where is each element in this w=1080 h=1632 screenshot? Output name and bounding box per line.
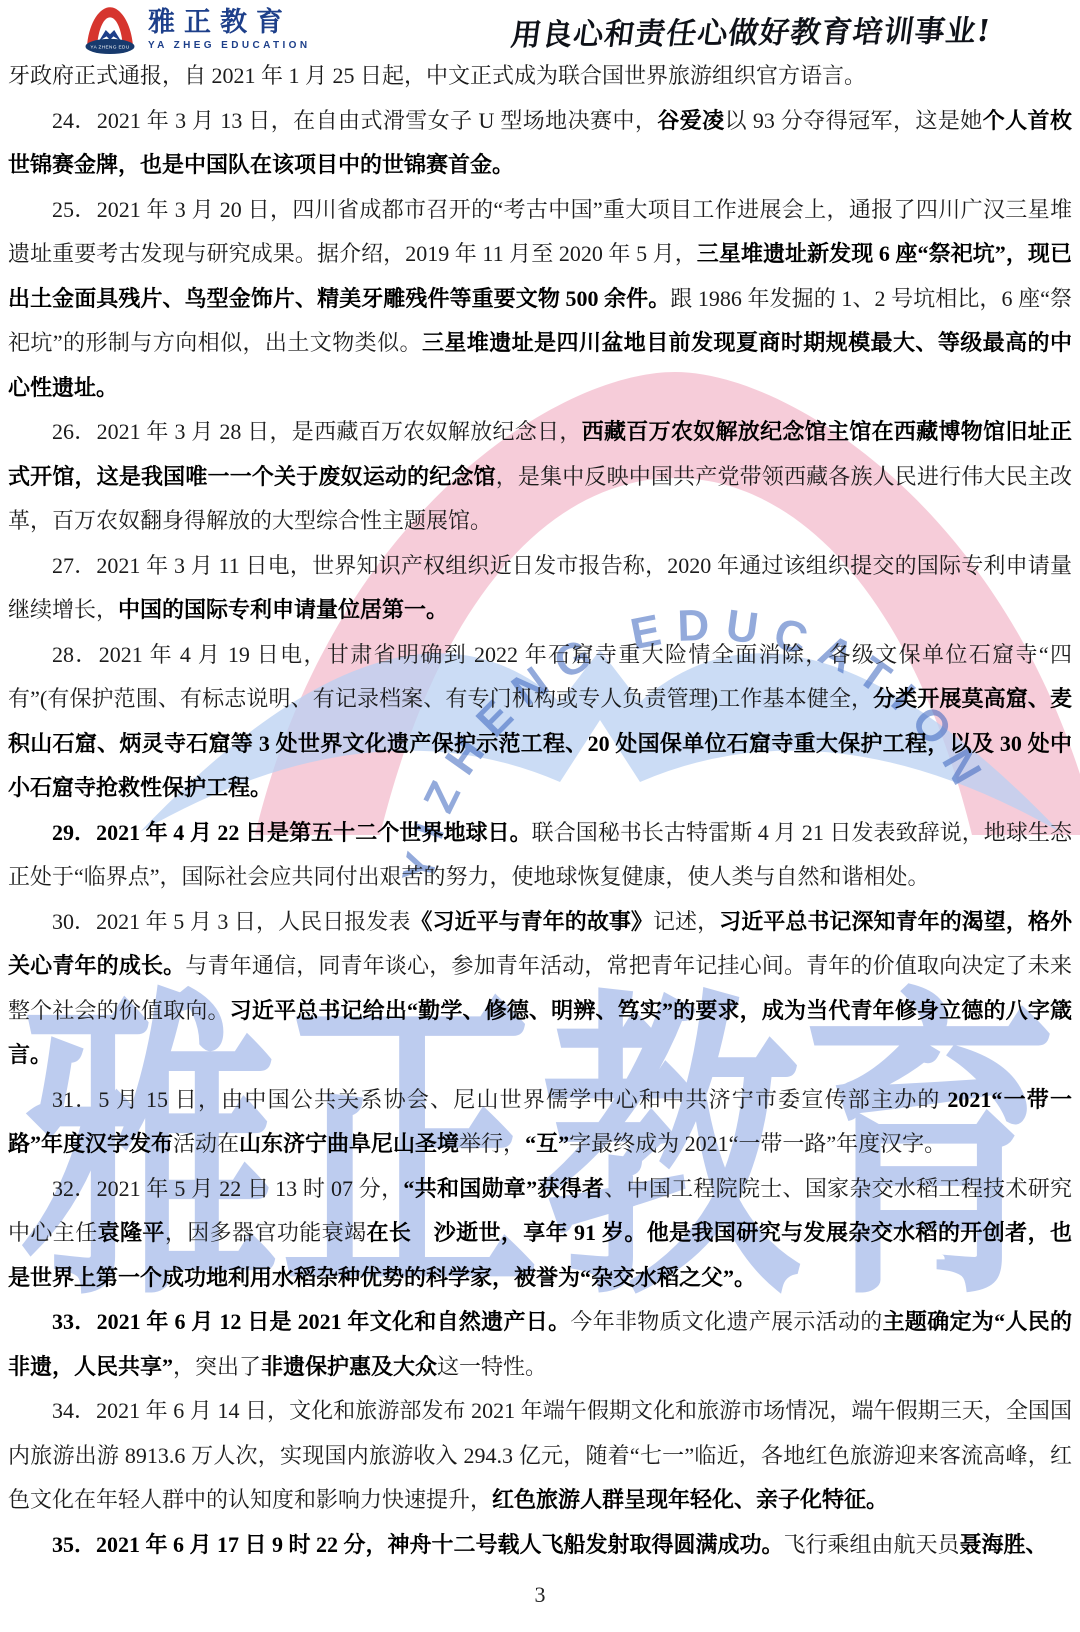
text-run: 记述， [653, 909, 719, 934]
text-run-bold: 2021 年 6 月 12 日是 2021 年文化和自然遗产日。 [97, 1309, 571, 1334]
text-run-bold: 33． [52, 1309, 97, 1334]
text-run: ，突出了 [173, 1354, 261, 1379]
text-run: 今年非物质文化遗产展示活动的 [570, 1309, 882, 1334]
mountain-logo-icon: YA ZHENG EDU [83, 3, 137, 57]
text-run-bold: 《习近平与青年的故事》 [410, 909, 653, 934]
text-run-bold: 红色旅游人群呈现年轻化、亲子化特征。 [492, 1487, 888, 1512]
text-run: 30．2021 年 5 月 3 日，人民日报发表 [52, 909, 410, 934]
text-run: ，因多器官功能衰竭 [165, 1220, 367, 1245]
paragraph: 32．2021 年 5 月 22 日 13 时 07 分，“共和国勋章”获得者、… [8, 1167, 1072, 1301]
paragraph: 33．2021 年 6 月 12 日是 2021 年文化和自然遗产日。今年非物质… [8, 1300, 1072, 1389]
text-run: 32．2021 年 5 月 22 日 13 时 07 分， [52, 1176, 403, 1201]
text-run-bold: 2021 年 4 月 22 日是第五十二个世界地球日。 [96, 820, 532, 845]
paragraph: 牙政府正式通报，自 2021 年 1 月 25 日起，中文正式成为联合国世界旅游… [8, 54, 1072, 99]
logo-badge-text: YA ZHENG EDU [90, 45, 129, 50]
text-run: 牙政府正式通报，自 2021 年 1 月 25 日起，中文正式成为联合国世界旅游… [8, 63, 866, 88]
text-run-bold: 山东济宁曲阜尼山圣境 [239, 1131, 459, 1156]
text-run: 字最终成为 2021“一带一路”年度汉字。 [569, 1131, 946, 1156]
page-number: 3 [0, 1582, 1080, 1608]
header: YA ZHENG EDU 雅正教育 YA ZHEG EDUCATION 用良心和… [0, 0, 1080, 60]
body-text: 牙政府正式通报，自 2021 年 1 月 25 日起，中文正式成为联合国世界旅游… [8, 54, 1072, 1567]
text-run-bold: 35．2021 年 6 月 17 日 9 时 22 分，神舟十二号载人飞船发射取… [52, 1532, 784, 1557]
text-run-bold: “共和国勋章”获得者 [403, 1176, 604, 1201]
text-run: 26．2021 年 3 月 28 日，是西藏百万农奴解放纪念日， [52, 419, 582, 444]
paragraph: 24．2021 年 3 月 13 日，在自由式滑雪女子 U 型场地决赛中，谷爱凌… [8, 99, 1072, 188]
text-run: 以 93 分夺得冠军，这是她 [725, 108, 983, 133]
paragraph: 31．5 月 15 日，由中国公共关系协会、尼山世界儒学中心和中共济宁市委宣传部… [8, 1078, 1072, 1167]
text-run-bold: 谷爱凌 [657, 108, 724, 133]
text-run-bold: 29． [52, 820, 96, 845]
text-run: 飞行乘组由航天员 [784, 1532, 960, 1557]
brand-wordmark: 雅正教育 YA ZHEG EDUCATION [148, 3, 310, 51]
brand-name-cn: 雅正教育 [148, 7, 310, 37]
text-run-bold: 中国的国际专利申请量位居第一。 [118, 597, 448, 622]
brand-name-en: YA ZHEG EDUCATION [148, 40, 310, 51]
paragraph: 35．2021 年 6 月 17 日 9 时 22 分，神舟十二号载人飞船发射取… [8, 1523, 1072, 1568]
text-run-bold: 非遗保护惠及大众 [261, 1354, 437, 1379]
text-run-bold: 聂海胜、 [960, 1532, 1048, 1557]
text-run-bold: 袁隆平 [98, 1220, 165, 1245]
paragraph: 30．2021 年 5 月 3 日，人民日报发表《习近平与青年的故事》记述，习近… [8, 900, 1072, 1078]
brand-logo: YA ZHENG EDU 雅正教育 YA ZHEG EDUCATION [83, 3, 310, 57]
paragraph: 28．2021 年 4 月 19 日电，甘肃省明确到 2022 年石窟寺重大险情… [8, 633, 1072, 811]
paragraph: 34．2021 年 6 月 14 日，文化和旅游部发布 2021 年端午假期文化… [8, 1389, 1072, 1523]
paragraph: 26．2021 年 3 月 28 日，是西藏百万农奴解放纪念日，西藏百万农奴解放… [8, 410, 1072, 544]
paragraph: 29．2021 年 4 月 22 日是第五十二个世界地球日。联合国秘书长古特雷斯… [8, 811, 1072, 900]
text-run: 举行， [459, 1131, 525, 1156]
document-page: YIZHENG EDUCATION 雅正教育 YA ZHENG EDU 雅正教育… [0, 0, 1080, 1632]
text-run: 活动在 [173, 1131, 239, 1156]
header-slogan: 用良心和责任心做好教育培训事业! [509, 6, 995, 54]
paragraph: 25．2021 年 3 月 20 日，四川省成都市召开的“考古中国”重大项目工作… [8, 188, 1072, 411]
text-run-bold: “互” [525, 1131, 569, 1156]
paragraph: 27．2021 年 3 月 11 日电，世界知识产权组织近日发市报告称，2020… [8, 544, 1072, 633]
text-run: 这一特性。 [437, 1354, 547, 1379]
text-run: 31．5 月 15 日，由中国公共关系协会、尼山世界儒学中心和中共济宁市委宣传部… [52, 1087, 947, 1112]
text-run: 24．2021 年 3 月 13 日，在自由式滑雪女子 U 型场地决赛中， [52, 108, 657, 133]
